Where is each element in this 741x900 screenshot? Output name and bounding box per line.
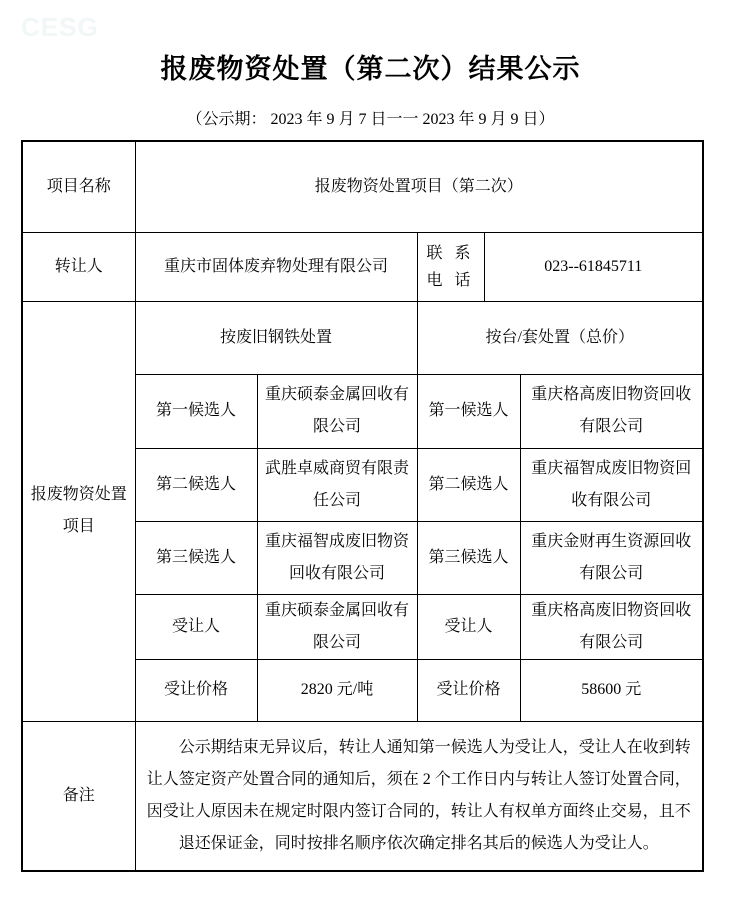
steel-first-candidate-label: 第一候选人 [135, 374, 257, 448]
unit-transferee-value: 重庆格高废旧物资回收有限公司 [520, 594, 703, 659]
unit-third-candidate-value: 重庆金财再生资源回收有限公司 [520, 521, 703, 594]
table-row: 备注 公示期结束无异议后，转让人通知第一候选人为受让人，受让人在收到转让人签定资… [22, 721, 703, 871]
unit-price-label: 受让价格 [417, 659, 520, 721]
notice-table: 项目名称 报废物资处置项目（第二次） 转让人 重庆市固体废弃物处理有限公司 联 … [21, 140, 704, 872]
steel-price-label: 受让价格 [135, 659, 257, 721]
project-name-value: 报废物资处置项目（第二次） [135, 141, 703, 232]
steel-third-candidate-label: 第三候选人 [135, 521, 257, 594]
steel-first-candidate-value: 重庆硕泰金属回收有限公司 [257, 374, 417, 448]
section-header-unit-set: 按台/套处置（总价） [417, 301, 703, 374]
transferor-label: 转让人 [22, 232, 135, 301]
watermark-logo: CESG [21, 12, 99, 43]
unit-first-candidate-label: 第一候选人 [417, 374, 520, 448]
table-row: 报废物资处置项目 按废旧钢铁处置 按台/套处置（总价） [22, 301, 703, 374]
page-title: 报废物资处置（第二次）结果公示 [0, 0, 741, 86]
remark-text: 公示期结束无异议后，转让人通知第一候选人为受让人，受让人在收到转让人签定资产处置… [135, 721, 703, 871]
unit-first-candidate-value: 重庆格高废旧物资回收有限公司 [520, 374, 703, 448]
table-row: 转让人 重庆市固体废弃物处理有限公司 联 系 电 话 023--61845711 [22, 232, 703, 301]
publicity-period: （公示期： 2023 年 9 月 7 日一一 2023 年 9 月 9 日） [0, 110, 741, 130]
steel-third-candidate-value: 重庆福智成废旧物资回收有限公司 [257, 521, 417, 594]
section-header-steel: 按废旧钢铁处置 [135, 301, 417, 374]
unit-price-value: 58600 元 [520, 659, 703, 721]
disposal-project-group-label: 报废物资处置项目 [22, 301, 135, 721]
table-row: 项目名称 报废物资处置项目（第二次） [22, 141, 703, 232]
steel-transferee-value: 重庆硕泰金属回收有限公司 [257, 594, 417, 659]
steel-second-candidate-label: 第二候选人 [135, 448, 257, 521]
unit-second-candidate-value: 重庆福智成废旧物资回收有限公司 [520, 448, 703, 521]
steel-second-candidate-value: 武胜卓威商贸有限责任公司 [257, 448, 417, 521]
unit-third-candidate-label: 第三候选人 [417, 521, 520, 594]
project-name-label: 项目名称 [22, 141, 135, 232]
contact-phone-value: 023--61845711 [484, 232, 703, 301]
unit-transferee-label: 受让人 [417, 594, 520, 659]
contact-phone-label-line1: 联 系 [424, 240, 478, 267]
remark-label: 备注 [22, 721, 135, 871]
steel-transferee-label: 受让人 [135, 594, 257, 659]
steel-price-value: 2820 元/吨 [257, 659, 417, 721]
contact-phone-label-line2: 电 话 [424, 267, 478, 294]
contact-phone-label: 联 系 电 话 [417, 232, 484, 301]
unit-second-candidate-label: 第二候选人 [417, 448, 520, 521]
transferor-value: 重庆市固体废弃物处理有限公司 [135, 232, 417, 301]
